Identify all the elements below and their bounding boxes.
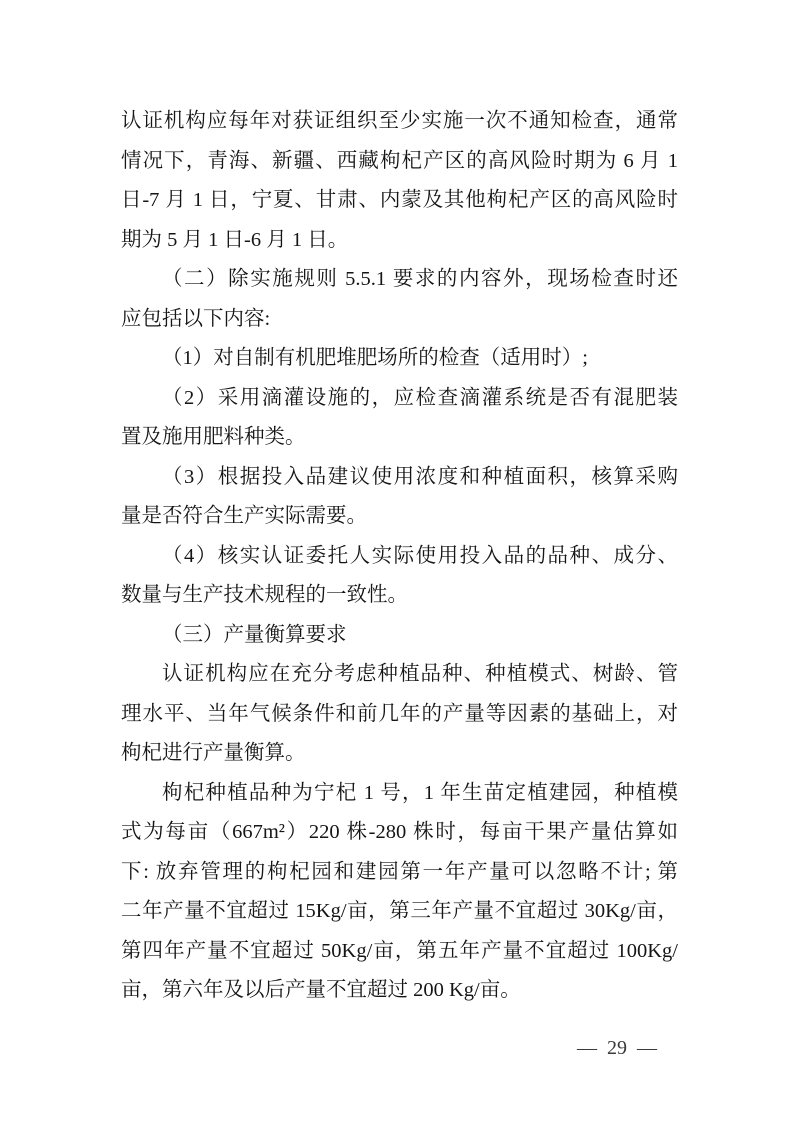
- text-line: 期为 5 月 1 日-6 月 1 日。: [121, 221, 678, 261]
- text-line: 日-7 月 1 日，宁夏、甘肃、内蒙及其他枸杞产区的高风险时: [121, 181, 678, 221]
- text-line: （1）对自制有机肥堆肥场所的检查（适用时）;: [121, 339, 678, 379]
- document-body: 认证机构应每年对获证组织至少实施一次不通知检查，通常情况下，青海、新疆、西藏枸杞…: [121, 102, 678, 1011]
- text-line: 认证机构应每年对获证组织至少实施一次不通知检查，通常: [121, 102, 678, 142]
- text-line: 二年产量不宜超过 15Kg/亩，第三年产量不宜超过 30Kg/亩，: [121, 892, 678, 932]
- document-page: 认证机构应每年对获证组织至少实施一次不通知检查，通常情况下，青海、新疆、西藏枸杞…: [0, 0, 800, 1128]
- text-line: 置及施用肥料种类。: [121, 418, 678, 458]
- text-line: 应包括以下内容:: [121, 300, 678, 340]
- text-line: 认证机构应在充分考虑种植品种、种植模式、树龄、管: [121, 655, 678, 695]
- text-line: 第四年产量不宜超过 50Kg/亩，第五年产量不宜超过 100Kg/: [121, 932, 678, 972]
- text-line: 量是否符合生产实际需要。: [121, 497, 678, 537]
- text-line: （二）除实施规则 5.5.1 要求的内容外，现场检查时还: [121, 260, 678, 300]
- text-line: 数量与生产技术规程的一致性。: [121, 576, 678, 616]
- text-line: 情况下，青海、新疆、西藏枸杞产区的高风险时期为 6 月 1: [121, 142, 678, 182]
- text-line: 亩，第六年及以后产量不宜超过 200 Kg/亩。: [121, 971, 678, 1011]
- text-line: （4）核实认证委托人实际使用投入品的品种、成分、: [121, 537, 678, 577]
- text-line: 枸杞进行产量衡算。: [121, 734, 678, 774]
- text-line: （3）根据投入品建议使用浓度和种植面积，核算采购: [121, 458, 678, 498]
- page-number: — 29 —: [0, 1036, 657, 1060]
- text-line: 式为每亩（667m²）220 株-280 株时，每亩干果产量估算如: [121, 813, 678, 853]
- text-line: （三）产量衡算要求: [121, 616, 678, 656]
- text-line: 下: 放弃管理的枸杞园和建园第一年产量可以忽略不计; 第: [121, 853, 678, 893]
- text-line: 枸杞种植品种为宁杞 1 号，1 年生苗定植建园，种植模: [121, 774, 678, 814]
- text-line: 理水平、当年气候条件和前几年的产量等因素的基础上，对: [121, 695, 678, 735]
- text-line: （2）采用滴灌设施的，应检查滴灌系统是否有混肥装: [121, 379, 678, 419]
